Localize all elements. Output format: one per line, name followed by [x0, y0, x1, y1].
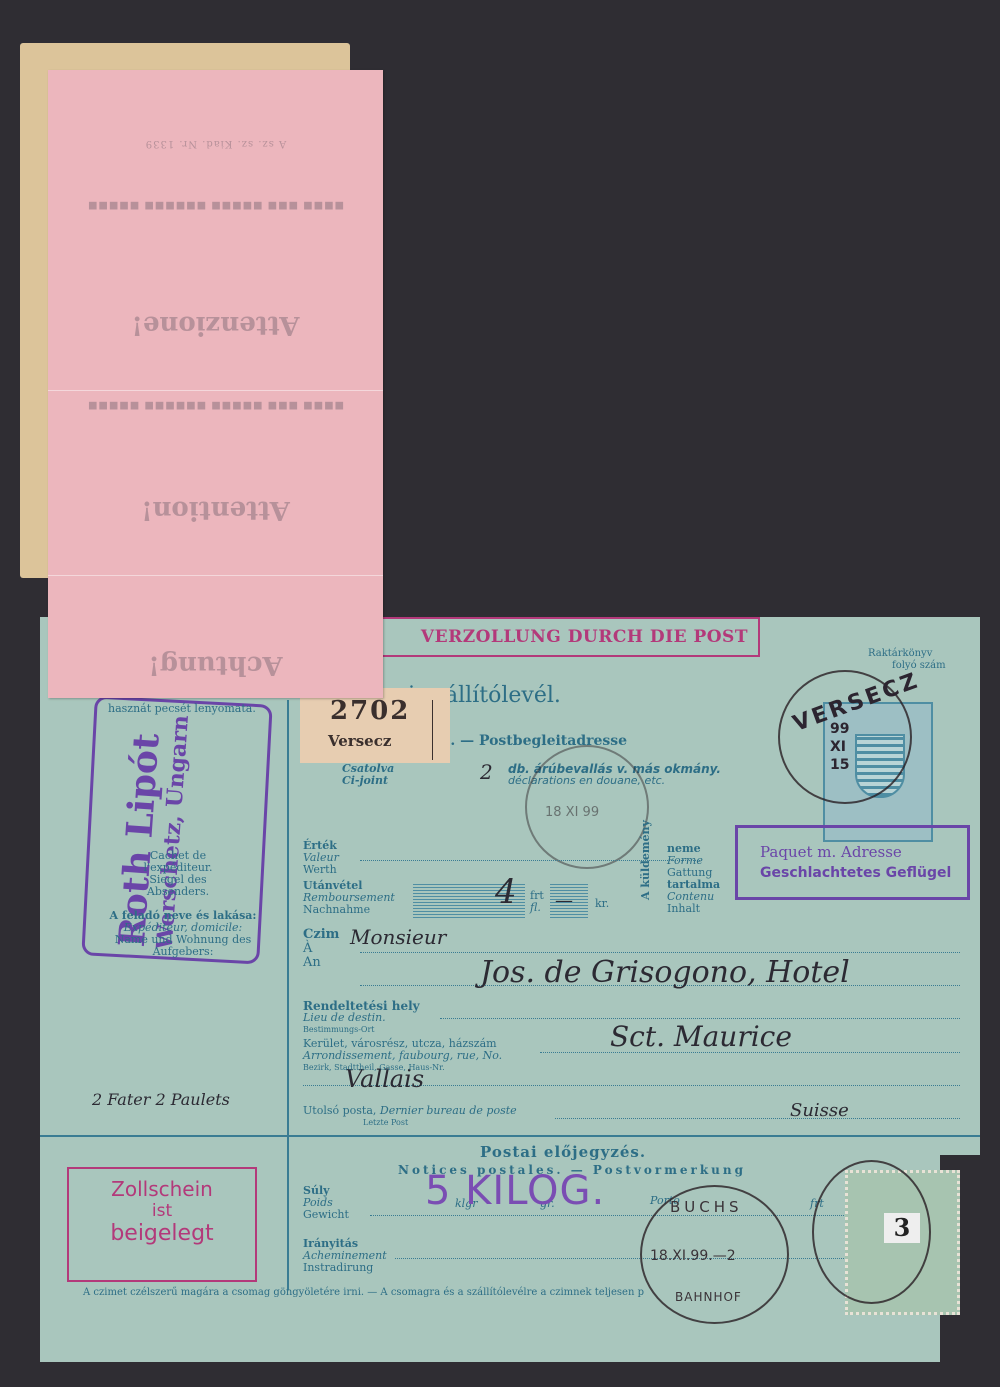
routing-label: Irányitás Acheminement Instradirung: [303, 1238, 387, 1274]
versecz-postmark-date: 99 XI 15: [830, 720, 849, 774]
enclosures-label: Csatolva Ci-joint: [342, 763, 394, 787]
sender-handwritten-note: 2 Fater 2 Paulets: [92, 1090, 230, 1109]
customs-banner-stamp: VERZOLLUNG DURCH DIE POST: [360, 617, 760, 657]
customs-note-stamp: Zollschein ist beigelegt: [67, 1167, 257, 1282]
contents-stamp: Paquet m. Adresse Geschlachtetes Geflüge…: [735, 825, 970, 900]
section-divider: [40, 1135, 980, 1137]
registration-label: 2702 Versecz: [300, 688, 450, 763]
cod-kr-label: kr.: [595, 898, 609, 910]
buchs-postmark-date: 18.XI.99.—2: [650, 1248, 736, 1264]
column-divider: [287, 700, 289, 1290]
parcel-kind-label: neme Forme Gattung tartalma Contenu Inha…: [667, 843, 720, 915]
weight-label: Súly Poids Gewicht: [303, 1185, 349, 1221]
cod-florin-value: 4: [495, 872, 517, 912]
cod-kreuzer-value: —: [555, 890, 573, 911]
sender-label: A feladó neve és lakása: Expéditeur, dom…: [98, 910, 268, 958]
buchs-postmark-sub: BAHNHOF: [675, 1290, 742, 1304]
enclosures-count: 2: [480, 760, 493, 784]
footer-note: A czimet czélszerű magára a csomag göngy…: [83, 1287, 644, 1299]
address-line-3: Sct. Maurice: [610, 1020, 792, 1053]
address-line-5: Suisse: [790, 1100, 849, 1121]
value-label: Érték Valeur Werth: [303, 840, 339, 876]
postal-notes-title: Postai előjegyzés.: [480, 1143, 646, 1161]
sender-seal-caption: hasznát pecsét lenyomata.: [108, 703, 256, 715]
destination-label: Rendeltetési hely Lieu de destin. Bestim…: [303, 1000, 420, 1036]
last-post-label: Utolsó posta, Dernier bureau de poste Le…: [303, 1105, 517, 1129]
pink-attention-slip: A sz. sz. Kiad. Nr. 1339 ■■■■ ■■■ ■■■■■ …: [48, 70, 383, 698]
lower-versecz-postmark: [812, 1160, 931, 1304]
registration-place: Versecz: [328, 732, 391, 750]
sender-cachet-fr: Cachet de l'expéditeur. Siegel des Absen…: [118, 850, 238, 898]
parcel-side-label: A küldemény: [640, 820, 652, 900]
cod-label: Utánvétel Remboursement Nachnahme: [303, 880, 395, 916]
buchs-postmark-town: BUCHS: [670, 1198, 743, 1216]
cod-frt-label: frt fl.: [530, 890, 544, 914]
registration-number: 2702: [330, 696, 410, 726]
district-label: Kerület, városrész, utcza, házszám Arron…: [303, 1038, 502, 1074]
zoll-postmark-date: 18 XI 99: [545, 805, 599, 820]
registry-label: Raktárkönyv folyó szám: [868, 648, 946, 672]
address-label: Czim À An: [303, 928, 339, 970]
weight-stamp: 5 KILOG.: [425, 1168, 605, 1214]
address-line-2: Jos. de Grisogono, Hotel: [480, 955, 850, 990]
address-line-1: Monsieur: [350, 925, 446, 949]
